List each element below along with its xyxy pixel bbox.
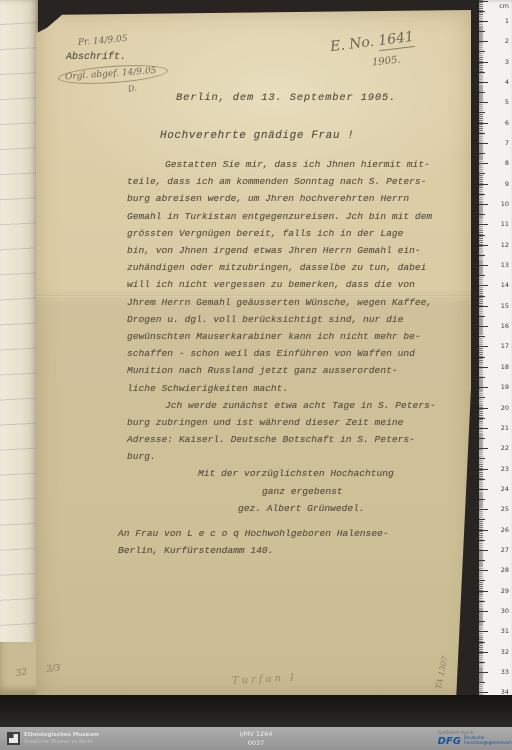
letter-body-line: burg zubringen und ist während dieser Ze… <box>127 414 436 431</box>
ruler-half-cm-tick <box>479 316 485 317</box>
ruler-cm-tick <box>479 672 488 673</box>
ruler-half-cm-tick <box>479 275 485 276</box>
ruler-number: 18 <box>501 364 509 371</box>
ruler-half-cm-tick <box>479 255 485 256</box>
ruler-number: 28 <box>501 567 509 574</box>
letter-body-line: will ich nicht vergessen zu bemerken, da… <box>127 276 436 293</box>
ruler-half-cm-tick <box>479 153 485 154</box>
ruler-number: 26 <box>501 527 509 534</box>
ruler-half-cm-tick <box>479 580 485 581</box>
ruler-number: 17 <box>501 343 509 350</box>
facing-lined-page-edge <box>0 0 38 648</box>
ruler-cm-tick <box>479 82 488 83</box>
ruler-cm-tick <box>479 102 488 103</box>
ruler-cm-tick <box>479 448 488 449</box>
ruler-cm-tick <box>479 265 488 266</box>
ruler-cm-tick <box>479 143 488 144</box>
ruler-cm-tick <box>479 550 488 551</box>
letter-body-line: bin, von Jhnen irgend etwas Jhren Herrn … <box>127 242 436 259</box>
ruler-half-cm-tick <box>479 51 485 52</box>
ruler-number: 11 <box>501 221 509 228</box>
ruler-half-cm-tick <box>479 662 485 663</box>
ruler-number: 33 <box>501 669 509 676</box>
ruler-number: 16 <box>501 323 509 330</box>
ruler-half-cm-tick <box>479 601 485 602</box>
ruler-number: 19 <box>501 384 509 391</box>
letter-body-line: liche Schwierigkeiten macht. <box>127 380 436 397</box>
closing-line-1: Mit der vorzüglichsten Hochachtung <box>198 468 394 479</box>
ruler-cm-tick <box>479 631 488 632</box>
ruler-half-cm-tick <box>479 296 485 297</box>
scan-background-band <box>0 695 512 727</box>
letter-body-line: Jhrem Herrn Gemahl geäusserten Wünsche, … <box>127 294 436 311</box>
ruler-cm-tick <box>479 408 488 409</box>
ruler-half-cm-tick <box>479 72 485 73</box>
ruler-half-cm-tick <box>479 11 485 12</box>
ruler-cm-tick <box>479 245 488 246</box>
ruler-cm-tick <box>479 530 488 531</box>
ruler-number: 30 <box>501 608 509 615</box>
ruler-number: 20 <box>501 405 509 412</box>
ruler-number: 10 <box>501 201 509 208</box>
letter-body-line: Gestatten Sie mir, dass ich Jhnen hiermi… <box>127 156 436 173</box>
ruler-cm-tick <box>479 306 488 307</box>
letter-body-line: Munition nach Russland jetzt ganz ausser… <box>127 362 436 379</box>
letter-salutation: Hochverehrte gnädige Frau ! <box>160 130 354 142</box>
ruler-half-cm-tick <box>479 336 485 337</box>
recipient-address-line-1: An Frau von L e c o q Hochwohlgeboren Ha… <box>118 528 389 539</box>
ruler-half-cm-tick <box>479 214 485 215</box>
ruler-number: 12 <box>501 242 509 249</box>
ruler-number: 27 <box>501 547 509 554</box>
letter-body-line: Drogen u. dgl. voll berücksichtigt sind,… <box>127 311 436 328</box>
ruler-number: 21 <box>501 425 509 432</box>
ruler-half-cm-tick <box>479 133 485 134</box>
ruler-number: 25 <box>501 506 509 513</box>
ruler-cm-tick <box>479 489 488 490</box>
ruler-cm-tick <box>479 428 488 429</box>
pencil-fraction-mark: 3/3 <box>46 663 61 674</box>
ruler-cm-tick <box>479 692 488 693</box>
ruler-cm-tick <box>479 285 488 286</box>
ruler-half-cm-tick <box>479 173 485 174</box>
ruler-half-cm-tick <box>479 682 485 683</box>
letter-body-line: Gemahl in Turkistan entgegenzureisen. Jc… <box>127 208 436 225</box>
letter-body-line: burg abreisen werde, um Jhren hochverehr… <box>127 190 436 207</box>
ruler-number: 22 <box>501 445 509 452</box>
ruler-half-cm-tick <box>479 642 485 643</box>
ruler-number: 7 <box>505 140 509 147</box>
digitization-footer: Ethnologisches Museum Staatliche Museen … <box>0 727 512 750</box>
ruler-cm-tick <box>479 591 488 592</box>
ruler-number: 32 <box>501 649 509 656</box>
ruler-number: 14 <box>501 282 509 289</box>
shelfmark: I/MV 1264 <box>0 730 512 738</box>
letter-dateline: Berlin, dem 13. September 1905. <box>176 92 396 104</box>
scanned-document-page: Pr. 14/9.05 Abschrift. Orgl. abgef. 14/9… <box>0 0 512 750</box>
ruler-half-cm-tick <box>479 31 485 32</box>
scan-page-number: 0037 <box>0 739 512 747</box>
ruler-cm-tick <box>479 41 488 42</box>
ruler-half-cm-tick <box>479 377 485 378</box>
ruler-number: 5 <box>505 99 509 106</box>
letter-body-line: Jch werde zunächst etwa acht Tage in S. … <box>127 397 436 414</box>
ruler-cm-tick <box>479 611 488 612</box>
signature-line: gez. Albert Grünwedel. <box>238 503 365 514</box>
letter-body-line: zuhändigen oder mitzubringen, dasselbe z… <box>127 259 436 276</box>
ruler-cm-tick <box>479 224 488 225</box>
letter-body-line: Adresse: Kaiserl. Deutsche Botschaft in … <box>127 431 436 448</box>
ruler-half-cm-tick <box>479 357 485 358</box>
ruler-cm-tick <box>479 326 488 327</box>
ruler-number: 8 <box>505 160 509 167</box>
letter-body: Gestatten Sie mir, dass ich Jhnen hiermi… <box>127 156 436 466</box>
ruler-half-cm-tick <box>479 194 485 195</box>
ruler-half-cm-tick <box>479 621 485 622</box>
ruler-half-cm-tick <box>479 499 485 500</box>
ruler-half-cm-tick <box>479 112 485 113</box>
letter-body-line: gewünschten Mauserkarabiner kann ich nic… <box>127 328 436 345</box>
ruler-half-cm-tick <box>479 560 485 561</box>
abschrift-label: Abschrift. <box>66 52 126 63</box>
ruler-number: 29 <box>501 588 509 595</box>
dispatch-initial: D. <box>127 83 137 93</box>
ruler-cm-tick <box>479 204 488 205</box>
ruler-unit-label: cm <box>499 2 509 10</box>
ruler-cm-tick <box>479 570 488 571</box>
ruler-half-cm-tick <box>479 397 485 398</box>
recipient-address-line-2: Berlin, Kurfürstendamm 140. <box>118 545 273 556</box>
ruler-number: 15 <box>501 303 509 310</box>
ruler-cm-tick <box>479 469 488 470</box>
ruler-half-cm-tick <box>479 235 485 236</box>
ruler-cm-tick <box>479 62 488 63</box>
cm-ruler: cm 1234567891011121314151617181920212223… <box>479 0 512 719</box>
shelfmark-and-page-number: I/MV 1264 0037 <box>0 730 512 747</box>
ruler-half-cm-tick <box>479 438 485 439</box>
ruler-cm-tick <box>479 1 488 2</box>
ruler-number: 3 <box>505 59 509 66</box>
ruler-cm-tick <box>479 387 488 388</box>
ruler-number: 31 <box>501 628 509 635</box>
ruler-number: 6 <box>505 120 509 127</box>
ruler-number: 24 <box>501 486 509 493</box>
ruler-half-cm-tick <box>479 418 485 419</box>
ruler-number: 2 <box>505 38 509 45</box>
ruler-number: 1 <box>505 18 509 25</box>
ruler-cm-tick <box>479 652 488 653</box>
ruler-half-cm-tick <box>479 458 485 459</box>
ruler-cm-tick <box>479 21 488 22</box>
ruler-number: 9 <box>505 181 509 188</box>
ruler-number: 23 <box>501 466 509 473</box>
ruler-cm-tick <box>479 184 488 185</box>
ruler-cm-tick <box>479 509 488 510</box>
letter-body-line: grössten Vergnügen bereit, falls ich in … <box>127 225 436 242</box>
ruler-half-cm-tick <box>479 519 485 520</box>
ruler-half-cm-tick <box>479 479 485 480</box>
letter-body-line: teile, dass ich am kommenden Sonntag nac… <box>127 173 436 190</box>
closing-line-2: ganz ergebenst <box>262 486 343 497</box>
ruler-cm-tick <box>479 163 488 164</box>
letter-body-line: burg. <box>127 448 436 465</box>
ruler-cm-tick <box>479 123 488 124</box>
letter-body-line: schaffen - schon weil das Einführen von … <box>127 345 436 362</box>
ruler-number: 4 <box>505 79 509 86</box>
ruler-number: 13 <box>501 262 509 269</box>
ruler-half-cm-tick <box>479 92 485 93</box>
ruler-cm-tick <box>479 346 488 347</box>
ruler-cm-tick <box>479 367 488 368</box>
ruler-half-cm-tick <box>479 540 485 541</box>
